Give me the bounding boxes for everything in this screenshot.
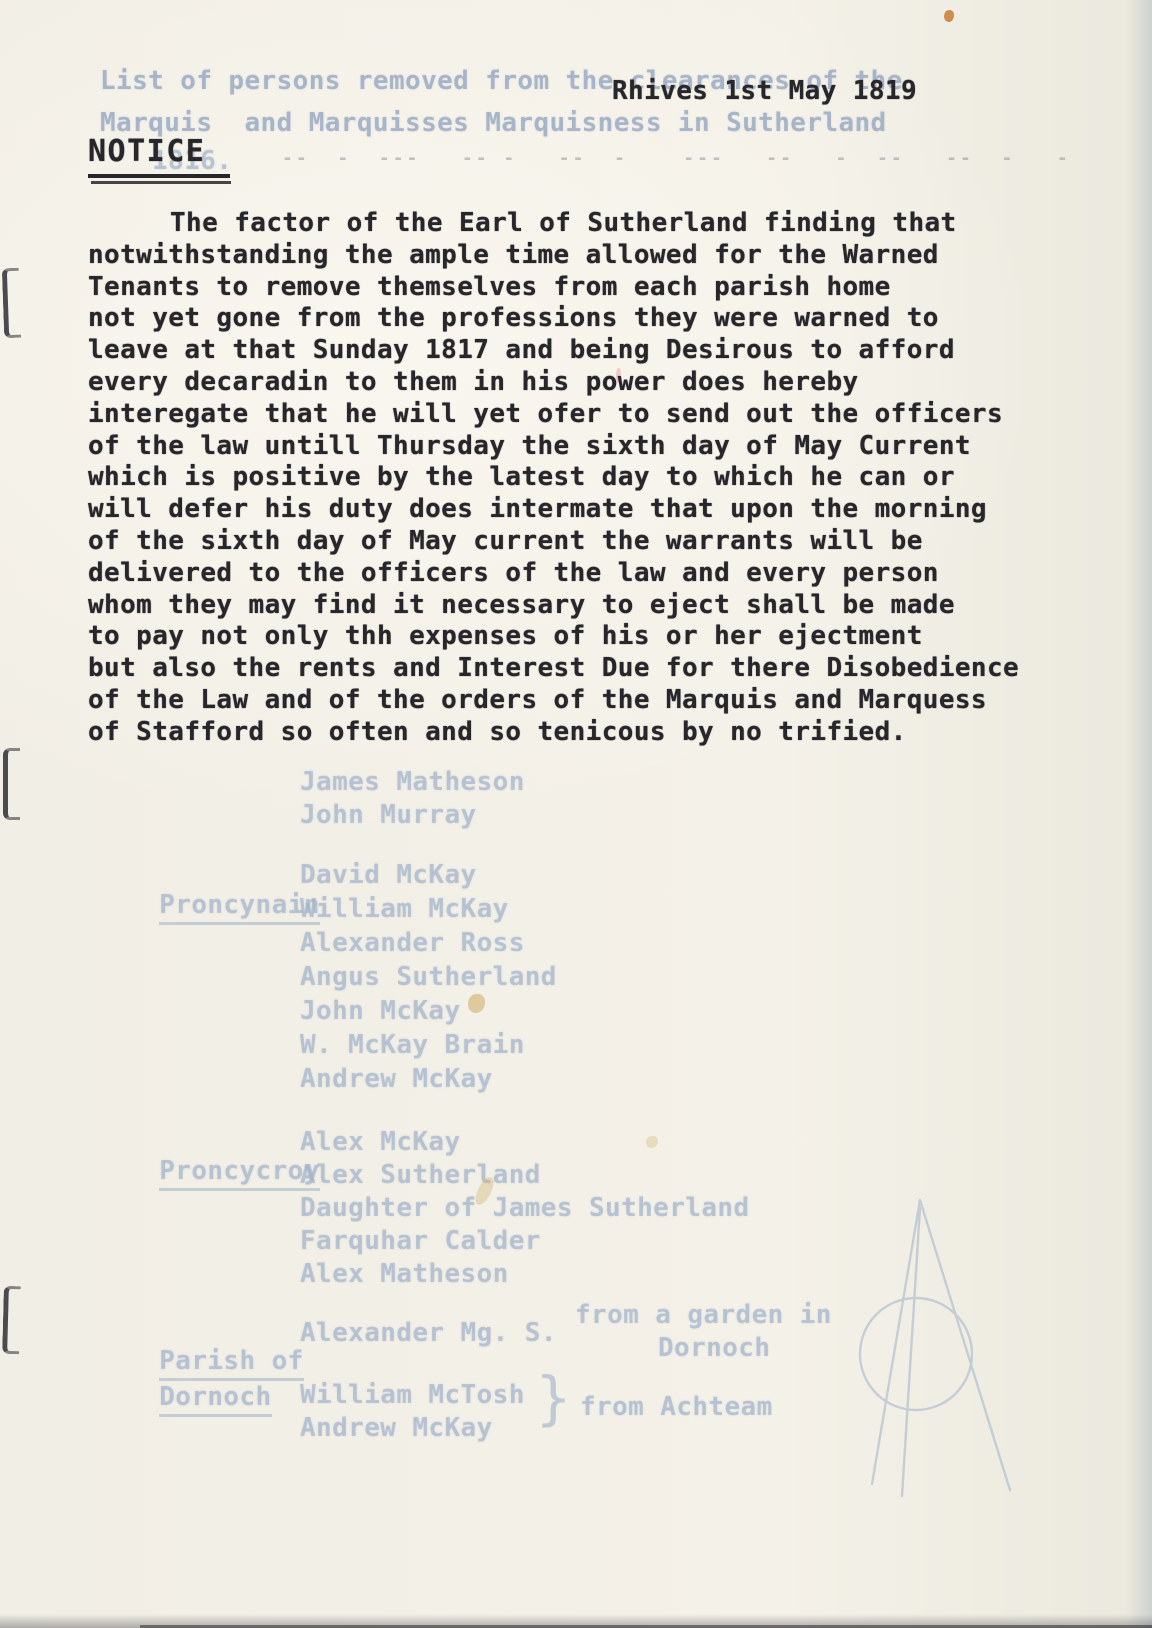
ghost-name: Alex Sutherland [300,1159,750,1192]
ghost-name: John Murray [300,799,525,832]
notice-underline-1 [88,174,230,178]
ghost-name: John McKay [300,994,557,1028]
paragraph-line: to pay not only thh expenses of his or h… [88,621,1019,653]
ghost-dornoch-note-1a: from a garden in [575,1300,832,1330]
date-line: Rhives 1st May 1819 [612,76,917,106]
ghost-dash-row: -- - --- -- - -- - --- -- - -- -- - --- … [282,148,1070,169]
paragraph-line: will defer his duty does intermate that … [88,494,1019,526]
ghost-heading-label: Proncynain [159,890,320,925]
document-page: List of persons removed from the clearan… [0,0,1152,1628]
paragraph-line: The factor of the Earl of Sutherland fin… [88,208,1019,240]
ghost-name: William McKay [300,892,557,926]
ghost-header-line-2: Marquis and Marquisses Marquisness in Su… [100,108,887,138]
ghost-dornoch-note-2: from Achteam [580,1392,773,1422]
notice-heading: NOTICE [88,134,205,169]
ghost-name: Alexander Ross [300,926,557,960]
orange-speck [944,10,954,22]
staple-middle [3,748,20,820]
paragraph-line: delivered to the officers of the law and… [88,558,1019,590]
paragraph-line: not yet gone from the professions they w… [88,303,1019,335]
ghost-section-proncynain-heading: Proncynain [95,860,320,955]
ghost-heading-label: Dornoch [159,1382,271,1417]
ghost-name: Alex McKay [300,1126,750,1159]
ghost-name: James Matheson [300,766,525,799]
ghost-dornoch-name-2: William McTosh [300,1380,525,1410]
paragraph-line: Tenants to remove themselves from each p… [88,272,1019,304]
ghost-section-proncycroy-names: Alex McKayAlex SutherlandDaughter of Jam… [300,1126,750,1291]
paragraph-line: of the law untill Thursday the sixth day… [88,431,1019,463]
ghost-name: David McKay [300,858,557,892]
compass-sketch [832,1142,1032,1514]
ghost-section-proncynain-names: David McKayWilliam McKayAlexander RossAn… [300,858,557,1096]
staple-bottom [2,1286,21,1354]
paragraph-line: of Stafford so often and so tenicous by … [88,717,1019,749]
paragraph-line: which is positive by the latest day to w… [88,462,1019,494]
staple-top [2,268,21,339]
ghost-name: Andrew McKay [300,1062,557,1096]
notice-underline-2 [91,181,231,184]
ghost-name: Farquhar Calder [300,1225,750,1258]
paragraph-line: of the sixth day of May current the warr… [88,526,1019,558]
paragraph-line: notwithstanding the ample time allowed f… [88,240,1019,272]
notice-paragraph: The factor of the Earl of Sutherland fin… [88,208,1019,749]
paragraph-line: interegate that he will yet ofer to send… [88,399,1019,431]
paragraph-line: of the Law and of the orders of the Marq… [88,685,1019,717]
ghost-section-proncycroy-heading: Proncycroy [95,1126,320,1221]
paragraph-line: every decaradin to them in his power doe… [88,367,1019,399]
ghost-name: Angus Sutherland [300,960,557,994]
compass-right-leg [920,1200,1010,1490]
compass-circle [860,1298,972,1410]
paragraph-line: but also the rents and Interest Due for … [88,653,1019,685]
ghost-heading-label: Proncycroy [159,1156,320,1191]
ghost-dornoch-name-3: Andrew McKay [300,1413,493,1443]
ghost-name: Alex Matheson [300,1258,750,1291]
ghost-dornoch-heading-line2: Dornoch [95,1352,272,1447]
ghost-loose-names: James MathesonJohn Murray [300,766,525,832]
paragraph-line: whom they may find it necessary to eject… [88,590,1019,622]
ghost-brace: } [536,1364,571,1432]
paragraph-line: leave at that Sunday 1817 and being Desi… [88,335,1019,367]
ghost-dornoch-note-1b: Dornoch [658,1333,770,1363]
scan-edge-bottom [0,1614,1152,1628]
ghost-name: Daughter of James Sutherland [300,1192,750,1225]
scan-edge-right [1126,0,1152,1628]
ghost-name: W. McKay Brain [300,1028,557,1062]
ghost-dornoch-name-1: Alexander Mg. S. [300,1318,557,1348]
